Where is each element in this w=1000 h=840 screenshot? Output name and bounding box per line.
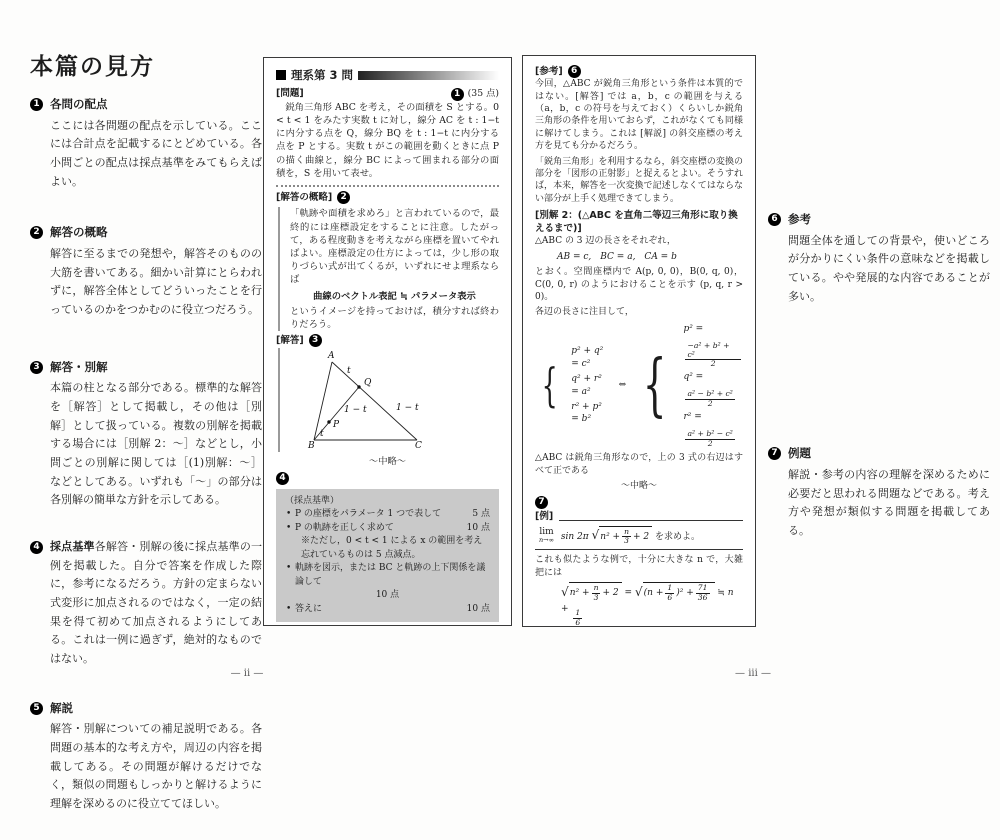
page-title: 本篇の見方 [30, 48, 155, 81]
annotation-item-gairyaku: 2 解答の概略 解答に至るまでの発想や，解答そのものの大筋を書いてある。細かい計… [30, 223, 262, 319]
point-P-dot [327, 420, 330, 423]
annotation-body: 問題全体を通しての背景や，使いどころが分かりにくい条件の意味などを掲載している。… [788, 232, 990, 307]
example-header: [例] [535, 510, 743, 523]
rubric-number-row: 4 [276, 471, 499, 485]
alt2-text-2: とおく。空間座標内で A(p, 0, 0)，B(0, q, 0)，C(0, 0,… [535, 266, 743, 303]
rubric-item: 答えに 10 点 [285, 603, 490, 617]
rubric-item-text: P の座標をパラメータ 1 つで表して [295, 508, 441, 522]
alt2-text-3: 各辺の長さに注目して， [535, 306, 743, 318]
outline-text-2: というイメージを持っておけば，積分すれば終わりだろう。 [290, 305, 499, 331]
annotation-title: 各問の配点 [50, 95, 262, 115]
circled-number-4-page: 4 [276, 472, 289, 485]
annotation-body: 解答に至るまでの発想や，解答そのものの大筋を書いてある。細かい計算にとらわれずに… [50, 245, 262, 320]
sample-page-ii: 理系第 3 問 [問題] 1 (35 点) 鋭角三角形 ABC を考え，その面積… [263, 57, 512, 626]
left-annotation-column: 1 各問の配点 ここには各問題の配点を示している。ここには合計点を記載するにとど… [30, 95, 262, 840]
outline-label: [解答の概略] [276, 191, 332, 204]
answer-label: [解答] [276, 334, 304, 347]
iff-symbol: ⇔ [619, 379, 627, 391]
page-number-iii: — iii — [708, 668, 798, 679]
problem-label-row: [問題] 1 (35 点) [276, 87, 499, 100]
rubric-item-text: 軌跡を図示，または BC と軌跡の上下関係を議論して [295, 562, 490, 589]
reference-label-row: [参考] 6 [535, 65, 743, 78]
vertex-label-B: B [307, 441, 315, 448]
circled-number-7-page: 7 [535, 496, 548, 509]
annotation-body: 採点基準各解答・別解の後に採点基準の一例を掲載した。自分で答案を作成した際に，参… [50, 538, 262, 669]
answer-figure-block: A B C Q P t t 1 − t 1 − t [278, 348, 499, 452]
circled-number-6: 6 [768, 213, 781, 226]
problem-header-title: 理系第 3 問 [291, 67, 353, 83]
annotation-item-saiten-kijun: 4 採点基準各解答・別解の後に採点基準の一例を掲載した。自分で答案を作成した際に… [30, 538, 262, 669]
example-limit-equation: limn→∞ sin 2π √n² +n3+ 2 を求めよ。 [539, 526, 743, 547]
reference-text-2: 「鋭角三角形」を利用するなら，斜交座標の変換の部分を「図形の正射影」と捉えるとよ… [535, 156, 743, 206]
system-left-eq: q² + r² = a² [571, 373, 611, 398]
circled-number-3: 3 [30, 361, 43, 374]
rubric-note: ※ただし，0 < t < 1 による x の範囲を考え忘れているものは 5 点減… [285, 535, 490, 562]
annotation-item-reidai: 7 例題 解説・参考の内容の理解を深めるために必要だと思われる問題などである。考… [768, 444, 990, 540]
circled-number-1-page: 1 [451, 88, 464, 101]
annotation-title: 例題 [788, 444, 990, 464]
problem-label: [問題] [276, 87, 304, 100]
outline-text-1: 「軌跡や面積を求めろ」と言われているので，最終的には座標設定をすることに注意。し… [290, 207, 499, 286]
alt2-intro: △ABC の 3 辺の長さをそれぞれ， [535, 235, 743, 247]
ratio-label-1-t-qc: 1 − t [396, 403, 419, 413]
system-right-eq: p² =−a² + b² + c²2 [683, 323, 743, 369]
circled-number-6-page: 6 [568, 65, 581, 78]
outline-quote: 「軌跡や面積を求めろ」と言われているので，最終的には座標設定をすることに注意。し… [278, 207, 499, 331]
rubric-title: （採点基準） [285, 495, 490, 509]
circled-number-2-page: 2 [337, 191, 350, 204]
rubric-item: P の座標をパラメータ 1 つで表して 5 点 [285, 508, 490, 522]
rubric-item: P の軌跡を正しく求めて 10 点 [285, 522, 490, 536]
annotation-title: 参考 [788, 210, 990, 230]
points-value: (35 点) [468, 87, 499, 100]
system-right-eq: r² =a² + b² − c²2 [683, 411, 743, 449]
annotation-item-sanko: 6 参考 問題全体を通しての背景や，使いどころが分かりにくい条件の意味などを掲載… [768, 210, 990, 306]
omission-mark-1: 〜中略〜 [276, 455, 499, 468]
problem-text: 鋭角三角形 ABC を考え，その面積を S とする。0 < t < 1 をみたす… [276, 101, 499, 180]
header-gradient-bar [358, 71, 499, 80]
page-number-ii: — ii — [202, 668, 292, 679]
point-label-Q: Q [364, 378, 372, 388]
example-body-1: これも似たような例で，十分に大きな n で，大雑把には [535, 554, 743, 579]
system-right-eq: q² =a² − b² + c²2 [683, 371, 743, 409]
equation-system: { p² + q² = c² q² + r² = a² r² + p² = b²… [535, 323, 743, 449]
rubric-points: 10 点 [461, 603, 490, 617]
black-square-icon [276, 70, 286, 80]
left-brace-icon: { [542, 365, 558, 406]
annotation-body: 本篇の柱となる部分である。標準的な解答を［解答］として掲載し，その他は［別解］と… [50, 379, 262, 510]
annotation-item-kaisetsu: 5 解説 解答・別解についての補足説明である。各問題の基本的な考え方や，周辺の内… [30, 699, 262, 814]
circled-number-1: 1 [30, 98, 43, 111]
reference-label: [参考] [535, 65, 563, 78]
rubric-points: 10 点 [461, 522, 490, 536]
rubric-item-text: 答えに [295, 603, 322, 617]
annotation-title-inline: 採点基準 [50, 540, 95, 553]
circled-number-7: 7 [768, 447, 781, 460]
answer-label-row: [解答] 3 [276, 334, 499, 347]
annotation-body: 解答・別解についての補足説明である。各問題の基本的な考え方や，周辺の内容を掲載し… [50, 720, 262, 813]
example-label: [例] [535, 510, 553, 523]
approx-equation-1: √n² +n3+ 2 = √(n +16)² +7136 ≒ n + 16 [561, 582, 743, 627]
problem-header: 理系第 3 問 [276, 67, 499, 83]
annotation-body-text: 各解答・別解の後に採点基準の一例を掲載した。自分で答案を作成した際に，参考になる… [50, 540, 262, 665]
circled-number-3-page: 3 [309, 334, 322, 347]
system-left-eq: r² + p² = b² [571, 401, 611, 426]
ratio-label-t-bottom: t [320, 429, 324, 439]
circled-number-4: 4 [30, 541, 43, 554]
rubric-box: （採点基準） P の座標をパラメータ 1 つで表して 5 点 P の軌跡を正しく… [276, 489, 499, 623]
dotted-separator [276, 185, 499, 187]
reference-text-1: 今回，△ABC が鋭角三角形という条件は本質的ではない。[解答] では a，b，… [535, 78, 743, 152]
example-top-rule [559, 520, 743, 521]
annotation-body: ここには各問題の配点を示している。ここには合計点を記載するにとどめている。各小問… [50, 117, 262, 192]
example-number-row: 7 [535, 496, 743, 509]
rubric-points: 5 点 [466, 508, 490, 522]
vertex-label-A: A [327, 351, 335, 361]
ratio-label-t-top: t [347, 366, 351, 376]
alt-solution-2-label: [別解 2：(△ABC を直角二等辺三角形に取り換えるまで)] [535, 209, 743, 235]
circled-number-2: 2 [30, 226, 43, 239]
alt2-text-4: △ABC は鋭角三角形なので，上の 3 式の右辺はすべて正である [535, 452, 743, 477]
outline-label-row: [解答の概略] 2 [276, 191, 499, 204]
sample-page-iii: [参考] 6 今回，△ABC が鋭角三角形という条件は本質的ではない。[解答] … [522, 55, 756, 627]
annotation-title: 解答・別解 [50, 358, 262, 378]
sides-equation: AB = c, BC = a, CA = b [557, 251, 743, 263]
rubric-item: 軌跡を図示，または BC と軌跡の上下関係を議論して [285, 562, 490, 589]
circled-number-5: 5 [30, 702, 43, 715]
annotation-title: 解答の概略 [50, 223, 262, 243]
right-annotation-column: 6 参考 問題全体を通しての背景や，使いどころが分かりにくい条件の意味などを掲載… [768, 210, 990, 567]
vertex-label-C: C [415, 441, 422, 448]
point-label-P: P [332, 420, 340, 430]
annotation-item-kaitou-bekkai: 3 解答・別解 本篇の柱となる部分である。標準的な解答を［解答］として掲載し，そ… [30, 358, 262, 510]
rubric-points-centered: 10 点 [285, 589, 490, 603]
triangle-figure: A B C Q P t t 1 − t 1 − t [284, 348, 496, 448]
annotation-body: 解説・参考の内容の理解を深めるために必要だと思われる問題などである。考え方や発想… [788, 466, 990, 541]
point-Q-dot [357, 385, 360, 388]
omission-mark-3: 〜中略〜 [535, 480, 743, 492]
annotation-title: 解説 [50, 699, 262, 719]
ratio-label-1-t-bq: 1 − t [344, 405, 367, 415]
example-bottom-rule [535, 549, 743, 550]
outline-center-bold: 曲線のベクトル表記 ≒ パラメータ表示 [290, 290, 499, 303]
rubric-item-text: P の軌跡を正しく求めて [295, 522, 394, 536]
annotation-item-haiten: 1 各問の配点 ここには各問題の配点を示している。ここには合計点を記載するにとど… [30, 95, 262, 191]
left-brace-icon: { [643, 355, 667, 416]
system-left-eq: p² + q² = c² [571, 345, 611, 370]
